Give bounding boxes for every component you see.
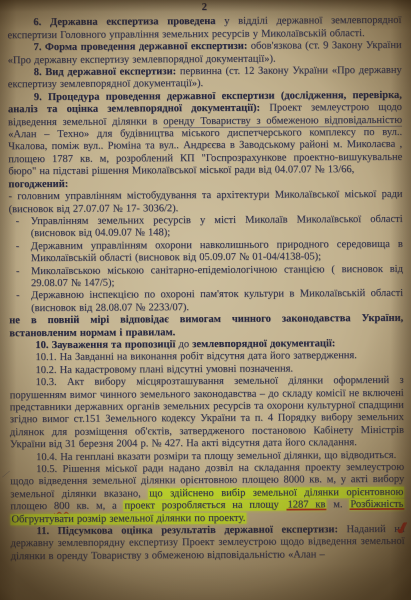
highlighted-text-run: проект розробляється на площу [123, 500, 286, 512]
text-run: Управлінням земельних ресурсів у місті М… [31, 214, 403, 240]
text-run: кв. м, а [70, 501, 124, 512]
highlighted-text-run: Обгрунтувати розмір земельної ділянки по… [10, 512, 246, 524]
bullet-dash-marker: - [16, 290, 20, 302]
text-run: 10.2. На кадастровому плані відсутні умо… [36, 363, 294, 376]
bullet-dash-marker: - [16, 241, 20, 253]
bold-text-run: погоджений: [8, 179, 68, 190]
text-run: - головним управлінням містобудування та… [8, 189, 402, 215]
page-number: 2 [7, 1, 401, 16]
bold-text-run: 2 [202, 2, 207, 13]
paragraph-7: 7. Форма проведення державної експертизи… [8, 40, 402, 67]
text-run: Державною інспекцією по охороні пам'яток… [31, 288, 403, 314]
bullet-dash-marker: - [16, 216, 20, 228]
highlighted-text-run: що здійснено вибір земельної ділянки орі… [148, 487, 404, 500]
approval-item-1: - головним управлінням містобудування та… [8, 189, 402, 216]
highlighted-red-underlined-run: 1287 кв [287, 500, 327, 511]
bold-text-run: 7. Форма проведення державної експертизи… [34, 41, 251, 53]
paragraph-10-5: 10.5. Рішення міської ради надано дозвіл… [10, 462, 404, 526]
text-run: 10.3. Акт вибору місцярозташування земел… [10, 375, 404, 450]
approval-item-4: -Миколаївською міською санітарно-епідемі… [9, 263, 403, 290]
approval-item-2: -Управлінням земельних ресурсів у місті … [9, 214, 403, 241]
paragraph-11: 11. Підсумкова оцінка результатів держав… [10, 524, 404, 564]
text-run: Державним управлінням охорони навколишнь… [31, 239, 403, 265]
bold-text-run: не в повній мірі відповідає вимогам чинн… [9, 313, 403, 339]
approval-item-3: -Державним управлінням охорони навколишн… [9, 239, 403, 266]
bold-text-run: землевпорядної документації: [192, 338, 335, 350]
approval-item-5: -Державною інспекцією по охороні пам'ято… [9, 288, 403, 315]
red-wavy-underline-run: 800 [54, 501, 70, 512]
bold-text-run: 8. Вид державної експертизи: [34, 66, 180, 78]
text-run: площею [10, 501, 54, 512]
text-run: м. [326, 499, 349, 510]
paragraph-8: 8. Вид державної експертизи: первинна (с… [8, 65, 402, 92]
nonconformity-statement: не в повній мірі відповідає вимогам чинн… [9, 313, 403, 340]
bold-text-run: 10. Зауваження та пропозиції [35, 339, 178, 351]
document-photo: 26. Державна експертиза проведена у відд… [0, 0, 411, 600]
bullet-dash-marker: - [16, 266, 20, 278]
paragraph-6: 6. Державна експертиза проведена у відді… [7, 15, 401, 42]
text-run: 10.1. На Завданні на виконання робіт від… [35, 350, 356, 363]
text-run: 10.4. На генплані вказати розміри та пло… [36, 449, 396, 462]
paragraph-9: 9. Процедура проведення державної експер… [8, 90, 403, 179]
paragraph-10-1: 10.1. На Завданні на виконання робіт від… [9, 350, 403, 365]
bold-text-run: 11. Підсумкова оцінка результатів держав… [36, 524, 346, 537]
bold-text-run: 6. Державна експертиза проведена [33, 16, 224, 28]
underlined-text-run: оренду Товариству з обмеженою відповідал… [163, 114, 402, 127]
paragraph-10-3: 10.3. Акт вибору місцярозташування земел… [10, 375, 404, 452]
document-text-column: 26. Державна експертиза проведена у відд… [7, 1, 404, 564]
text-run: «Алан – Техно» для будівництва міського … [8, 127, 402, 178]
text-run: до [178, 339, 192, 350]
highlighted-red-underlined-run: Розбіжність [349, 499, 404, 510]
text-run: Миколаївською міською санітарно-епідеміо… [31, 263, 403, 289]
